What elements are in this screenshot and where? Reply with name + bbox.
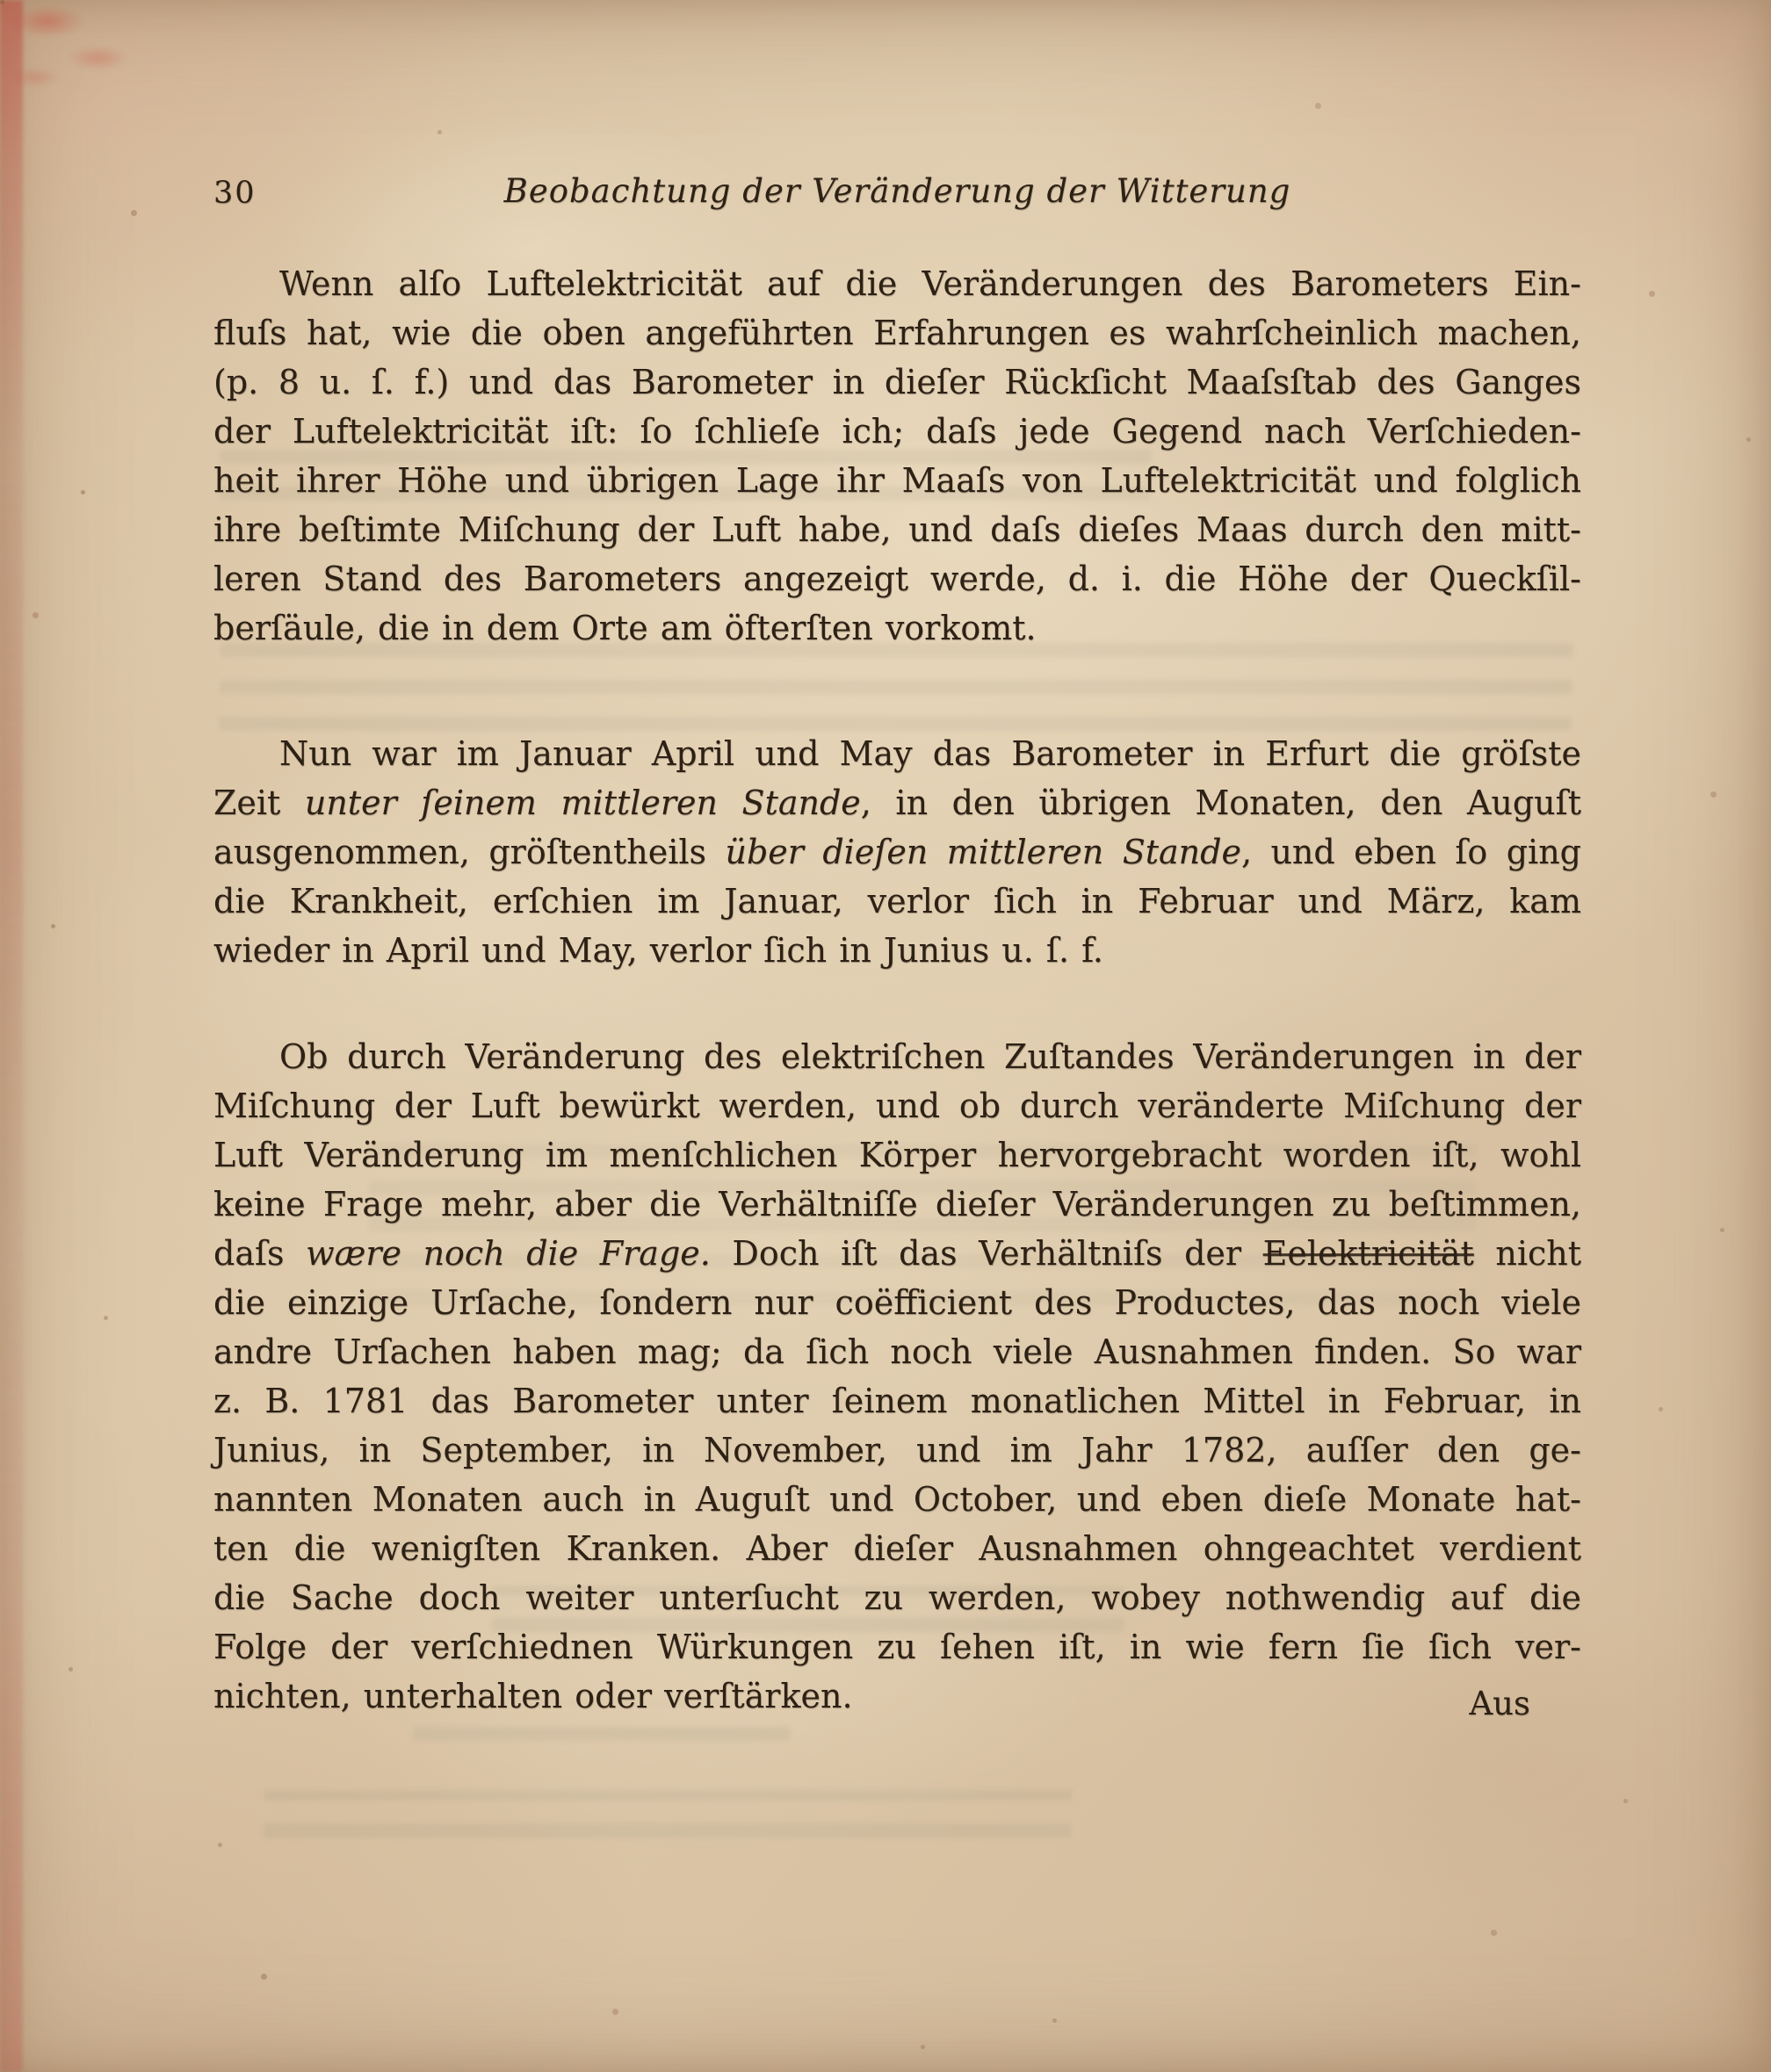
top-right-pink-stain xyxy=(1402,0,1771,193)
text-segment: Folge der verſchiednen Würkungen zu ſehe… xyxy=(213,1628,1581,1666)
text-segment: Nun war im Januar April und May das Baro… xyxy=(279,734,1581,773)
text-line: wieder in April und May, verlor ſich in … xyxy=(213,926,1581,975)
text-segment: Doch iſt das Verhältniſs der xyxy=(711,1234,1263,1273)
text-line: fluſs hat, wie die oben angeführten Erfa… xyxy=(213,308,1581,357)
foxing-speckles xyxy=(0,0,4,4)
paragraph: Wenn alſo Luftelektricität auf die Verän… xyxy=(213,259,1581,653)
text-segment: Wenn alſo Luftelektricität auf die Verän… xyxy=(279,264,1581,303)
text-segment: leren Stand des Barometers angezeigt wer… xyxy=(213,560,1581,598)
text-line: Zeit unter ſeinem mittleren Stande, in d… xyxy=(213,778,1581,827)
text-segment: Junius, in September, in November, und i… xyxy=(213,1431,1581,1469)
text-segment: heit ihrer Höhe und übrigen Lage ihr Maa… xyxy=(213,461,1581,500)
text-segment: die einzige Urſache, ſondern nur coëffic… xyxy=(213,1283,1581,1322)
text-segment: Luft Veränderung im menſchlichen Körper … xyxy=(213,1136,1581,1174)
text-segment: keine Frage mehr, aber die Verhältniſſe … xyxy=(213,1185,1581,1224)
running-title: Beobachtung der Veränderung der Witterun… xyxy=(213,172,1581,210)
text-line: Ob durch Veränderung des elektriſchen Zu… xyxy=(213,1032,1581,1081)
text-line: nannten Monaten auch in Auguſt und Octob… xyxy=(213,1475,1581,1524)
text-line: daſs wære noch die Frage. Doch iſt das V… xyxy=(213,1229,1581,1278)
text-line: berſäule, die in dem Orte am öfterſten v… xyxy=(213,603,1581,653)
text-line: Luft Veränderung im menſchlichen Körper … xyxy=(213,1130,1581,1180)
text-segment: ausgenommen, gröſtentheils xyxy=(213,833,725,871)
text-line: ten die wenigſten Kranken. Aber dieſer A… xyxy=(213,1524,1581,1573)
text-line: heit ihrer Höhe und übrigen Lage ihr Maa… xyxy=(213,456,1581,505)
text-line: die Krankheit, erſchien im Januar, verlo… xyxy=(213,877,1581,926)
text-segment: die Krankheit, erſchien im Januar, verlo… xyxy=(213,882,1581,920)
text-segment: , und eben ſo ging xyxy=(1241,833,1581,871)
struck-text: Eelektricität xyxy=(1263,1234,1474,1273)
text-segment: z. B. 1781 das Barometer unter ſeinem mo… xyxy=(213,1382,1581,1420)
text-segment: berſäule, die in dem Orte am öfterſten v… xyxy=(213,609,1037,647)
text-segment: ten die wenigſten Kranken. Aber dieſer A… xyxy=(213,1529,1581,1568)
text-line: andre Urſachen haben mag; da ſich noch v… xyxy=(213,1327,1581,1376)
text-line: der Luftelektricität iſt: ſo ſchlieſe ic… xyxy=(213,407,1581,456)
text-segment: ihre beſtimte Miſchung der Luft habe, un… xyxy=(213,510,1581,549)
text-segment: nicht xyxy=(1474,1234,1581,1273)
text-line: leren Stand des Barometers angezeigt wer… xyxy=(213,554,1581,603)
text-line: (p. 8 u. ſ. f.) und das Barometer in die… xyxy=(213,357,1581,407)
text-segment: wieder in April und May, verlor ſich in … xyxy=(213,931,1103,970)
emphasized-text: über dieſen mittleren Stande xyxy=(725,833,1240,871)
top-left-red-stain xyxy=(5,0,155,97)
text-line: Folge der verſchiednen Würkungen zu ſehe… xyxy=(213,1622,1581,1671)
text-line: Junius, in September, in November, und i… xyxy=(213,1426,1581,1475)
text-line: keine Frage mehr, aber die Verhältniſſe … xyxy=(213,1180,1581,1229)
catchword: Aus xyxy=(213,1685,1581,1722)
text-line: ausgenommen, gröſtentheils über dieſen m… xyxy=(213,827,1581,877)
text-segment: die Sache doch weiter unterſucht zu werd… xyxy=(213,1578,1581,1617)
text-line: ihre beſtimte Miſchung der Luft habe, un… xyxy=(213,505,1581,554)
text-segment: andre Urſachen haben mag; da ſich noch v… xyxy=(213,1332,1581,1371)
text-segment: fluſs hat, wie die oben angeführten Erfa… xyxy=(213,314,1581,352)
text-segment: nannten Monaten auch in Auguſt und Octob… xyxy=(213,1480,1581,1519)
text-line: Miſchung der Luft bewürkt werden, und ob… xyxy=(213,1081,1581,1130)
text-line: Wenn alſo Luftelektricität auf die Verän… xyxy=(213,259,1581,308)
paragraph: Nun war im Januar April und May das Baro… xyxy=(213,729,1581,975)
paragraph: Ob durch Veränderung des elektriſchen Zu… xyxy=(213,1032,1581,1721)
emphasized-text: unter ſeinem mittleren Stande xyxy=(305,783,861,822)
left-edge-red-stain xyxy=(0,0,23,2072)
text-segment: daſs xyxy=(213,1234,306,1273)
text-segment: der Luftelektricität iſt: ſo ſchlieſe ic… xyxy=(213,412,1581,451)
text-line: Nun war im Januar April und May das Baro… xyxy=(213,729,1581,778)
text-line: die Sache doch weiter unterſucht zu werd… xyxy=(213,1573,1581,1622)
text-line: die einzige Urſache, ſondern nur coëffic… xyxy=(213,1278,1581,1327)
text-segment: , in den übrigen Monaten, den Auguſt xyxy=(861,783,1581,822)
scanned-book-page: 30 Beobachtung der Veränderung der Witte… xyxy=(0,0,1771,2072)
bleedthrough-ghost xyxy=(263,1790,1072,1837)
page-header: 30 Beobachtung der Veränderung der Witte… xyxy=(213,172,1581,216)
text-segment: Zeit xyxy=(213,783,305,822)
text-segment: Miſchung der Luft bewürkt werden, und ob… xyxy=(213,1087,1581,1125)
text-segment: (p. 8 u. ſ. f.) und das Barometer in die… xyxy=(213,363,1581,401)
text-segment: Ob durch Veränderung des elektriſchen Zu… xyxy=(279,1037,1581,1076)
emphasized-text: wære noch die Frage. xyxy=(306,1234,711,1273)
text-line: z. B. 1781 das Barometer unter ſeinem mo… xyxy=(213,1376,1581,1426)
